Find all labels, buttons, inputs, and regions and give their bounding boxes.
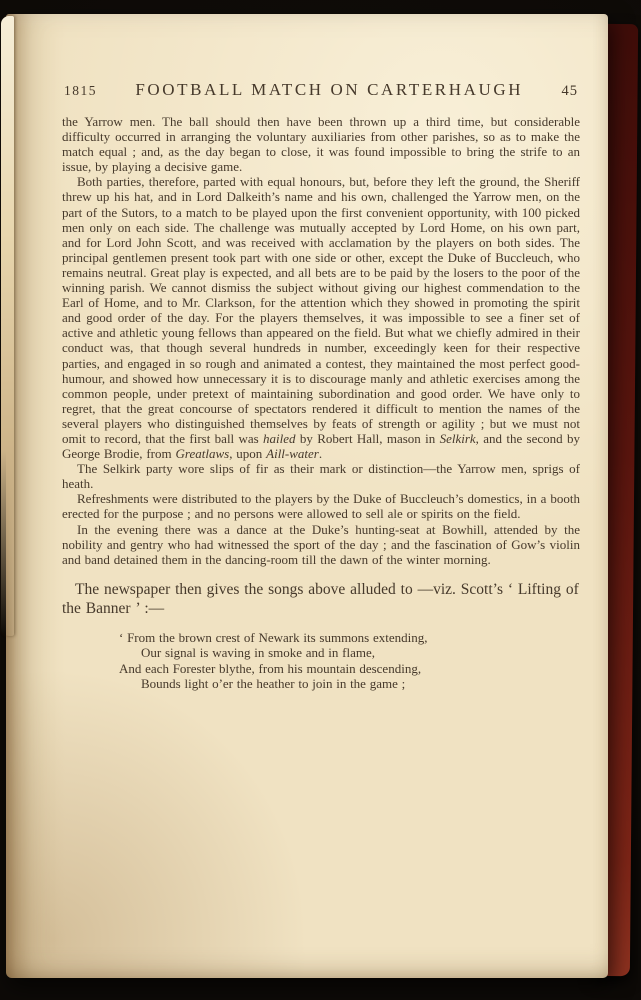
text-block: the Yarrow men. The ball should then hav… [62,114,580,691]
verse-line: ‘ From the brown crest of Newark its sum… [119,630,580,645]
paragraph-refreshments: Refreshments were distributed to the pla… [62,491,580,521]
header-title: FOOTBALL MATCH ON CARTERHAUGH [97,80,562,100]
header-year: 1815 [64,83,97,99]
paragraph-dance: In the evening there was a dance at the … [62,522,580,567]
paragraph-marks: The Selkirk party wore slips of fir as t… [62,461,580,491]
page-sheet: 1815 FOOTBALL MATCH ON CARTERHAUGH 45 th… [6,14,608,978]
text-segment-italic: Selkirk [440,431,476,446]
book-photo: 1815 FOOTBALL MATCH ON CARTERHAUGH 45 th… [0,0,641,1000]
text-segment: Both parties, therefore, parted with equ… [62,174,580,446]
text-segment: , upon [229,446,266,461]
songs-intro: The newspaper then gives the songs above… [62,580,580,619]
verse-line: And each Forester blythe, from his mount… [119,661,580,676]
paragraph-continuation: the Yarrow men. The ball should then hav… [62,114,580,174]
text-segment: . [319,446,322,461]
book-page: 1815 FOOTBALL MATCH ON CARTERHAUGH 45 th… [6,14,608,978]
verse-block: ‘ From the brown crest of Newark its sum… [62,630,580,692]
verse-line: Bounds light o’er the heather to join in… [119,676,580,691]
text-segment-italic: hailed [263,431,296,446]
text-segment-italic: Greatlaws [175,446,229,461]
header-page-number: 45 [562,83,579,100]
verse-line: Our signal is waving in smoke and in fla… [119,645,580,660]
text-segment-italic: Aill-water [266,446,319,461]
running-header: 1815 FOOTBALL MATCH ON CARTERHAUGH 45 [64,80,578,100]
text-segment: by Robert Hall, mason in [296,431,440,446]
paragraph-match-report: Both parties, therefore, parted with equ… [62,174,580,461]
